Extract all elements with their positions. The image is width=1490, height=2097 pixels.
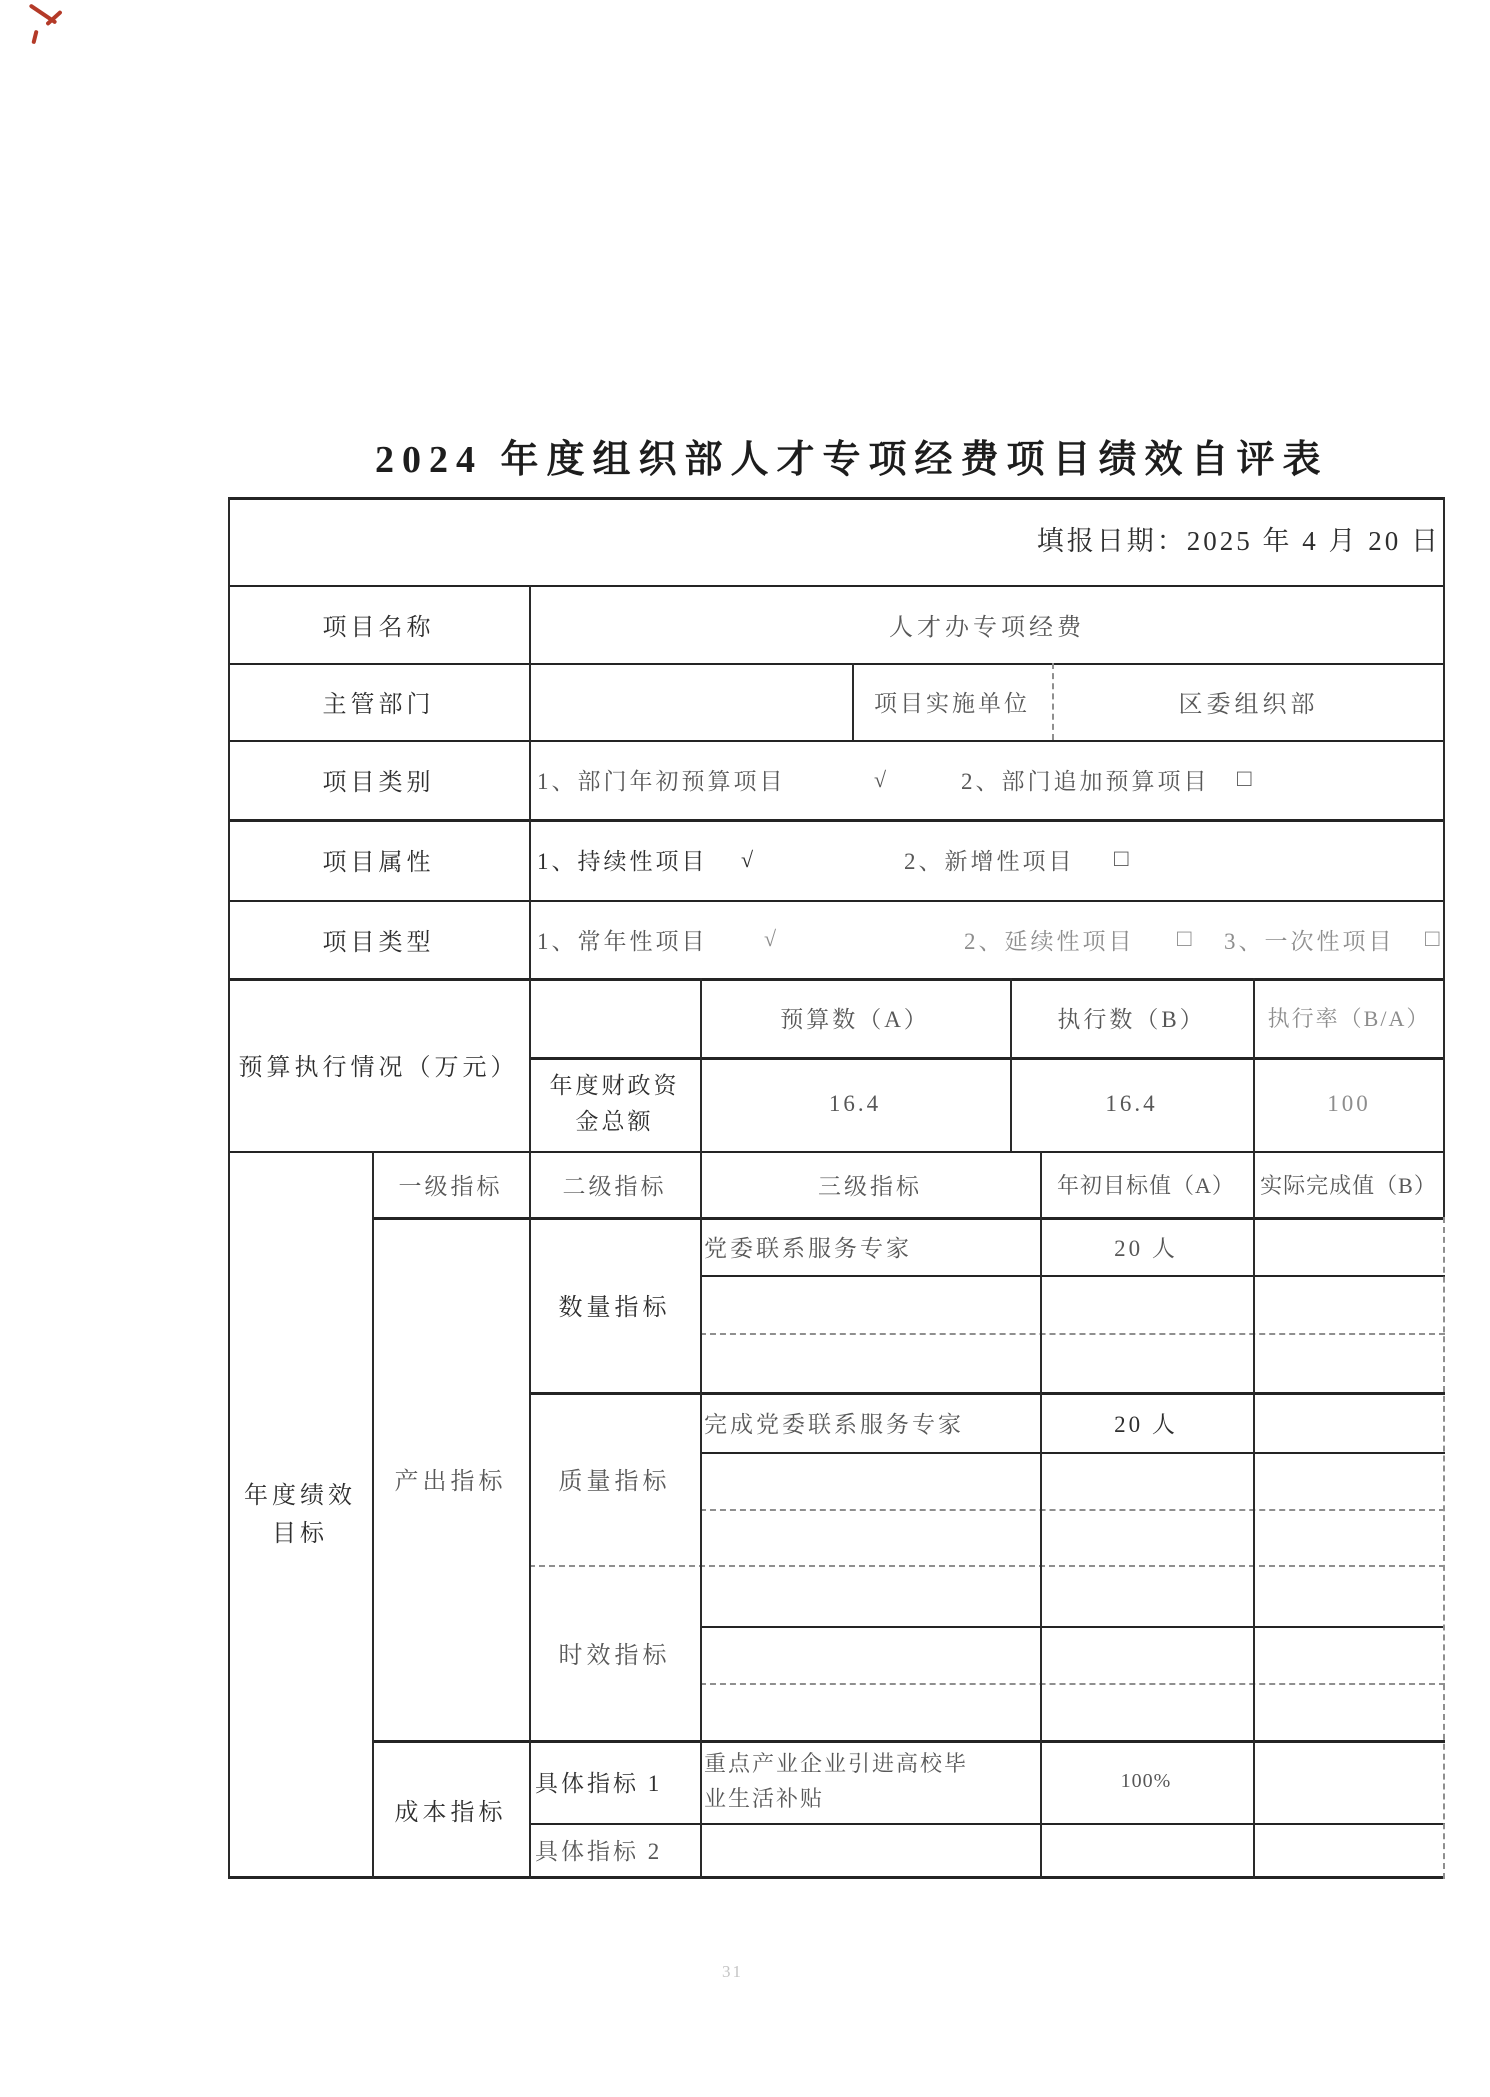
- page-number: 31: [722, 1962, 743, 1982]
- cost-row-target: 100%: [1040, 1740, 1252, 1823]
- annual-fund-total-label: 年度财政资金总额: [529, 1057, 700, 1151]
- impl-unit-label: 项目实施单位: [852, 663, 1052, 740]
- level2-quality-indicator: 质量指标: [529, 1392, 700, 1565]
- attribute-option-1: 1、持续性项目: [537, 819, 708, 900]
- type-option-2: 2、延续性项目: [964, 900, 1135, 978]
- project-attribute-label: 项目属性: [228, 819, 529, 900]
- category-option-1: 1、部门年初预算项目: [537, 740, 786, 819]
- level1-output-indicator: 产出指标: [372, 1217, 529, 1740]
- grid-line: [700, 1452, 1445, 1454]
- annual-fund-total-text: 年度财政资金总额: [549, 1068, 681, 1139]
- level2-time-indicator: 时效指标: [529, 1565, 700, 1740]
- attribute-option-1-checkmark: √: [741, 819, 753, 900]
- cost-row-indicator: 重点产业企业引进高校毕业生活补贴: [700, 1740, 1040, 1823]
- category-option-1-checkmark: √: [874, 740, 886, 819]
- budget-col-rate-header: 执行率（B/A）: [1253, 978, 1445, 1057]
- grid-line: [700, 1509, 1445, 1511]
- budget-section-label: 预算执行情况（万元）: [228, 978, 529, 1151]
- header-target-value: 年初目标值（A）: [1040, 1151, 1252, 1217]
- grid-line: [700, 1626, 1445, 1628]
- type-option-2-checkbox: □: [1177, 900, 1192, 978]
- type-option-1-checkmark: √: [764, 900, 776, 978]
- budget-value-rate: 100: [1253, 1057, 1445, 1151]
- self-eval-table: 填报日期：2025 年 4 月 20 日 项目名称 人才办专项经费 主管部门 项…: [228, 497, 1445, 1879]
- performance-section-label: 年度绩效目标: [228, 1151, 372, 1879]
- fill-date: 填报日期：2025 年 4 月 20 日: [228, 497, 1441, 585]
- quality-row-target: 20 人: [1040, 1392, 1252, 1452]
- quantity-row-target: 20 人: [1040, 1217, 1252, 1275]
- project-type-label: 项目类型: [228, 900, 529, 978]
- red-ink-mark: [31, 30, 38, 45]
- cost-row-indicator-text: 重点产业企业引进高校毕业生活补贴: [704, 1747, 986, 1815]
- project-type-options: 1、常年性项目 √ 2、延续性项目 □ 3、一次性项目 □: [529, 900, 1445, 978]
- level2-quantity-indicator: 数量指标: [529, 1217, 700, 1392]
- level2-specific1-indicator: 具体指标 1: [529, 1740, 700, 1823]
- grid-line: [700, 1333, 1445, 1335]
- attribute-option-2-checkbox: □: [1114, 819, 1129, 900]
- quality-row-indicator: 完成党委联系服务专家: [700, 1392, 1040, 1452]
- dept-value: [529, 663, 852, 740]
- category-option-2: 2、部门追加预算项目: [961, 740, 1210, 819]
- project-name-value: 人才办专项经费: [529, 585, 1445, 663]
- level1-cost-indicator: 成本指标: [372, 1740, 529, 1879]
- header-level3: 三级指标: [700, 1151, 1040, 1217]
- quantity-row-indicator: 党委联系服务专家: [700, 1217, 1040, 1275]
- budget-value-a: 16.4: [700, 1057, 1010, 1151]
- budget-col-b-header: 执行数（B）: [1010, 978, 1253, 1057]
- header-level1: 一级指标: [372, 1151, 529, 1217]
- budget-col-a-header: 预算数（A）: [700, 978, 1010, 1057]
- grid-line: [700, 1275, 1445, 1277]
- level2-specific2-indicator: 具体指标 2: [529, 1823, 700, 1876]
- type-option-1: 1、常年性项目: [537, 900, 708, 978]
- quantity-row-actual: [1252, 1217, 1445, 1275]
- project-attribute-options: 1、持续性项目 √ 2、新增性项目 □: [529, 819, 1445, 900]
- impl-unit-value: 区委组织部: [1052, 663, 1445, 740]
- dept-label: 主管部门: [228, 663, 529, 740]
- header-level2: 二级指标: [529, 1151, 700, 1217]
- category-option-2-checkbox: □: [1237, 740, 1252, 819]
- performance-section-text: 年度绩效目标: [237, 1477, 363, 1554]
- scanned-form-page: 2024 年度组织部人才专项经费项目绩效自评表: [0, 0, 1490, 2097]
- project-category-label: 项目类别: [228, 740, 529, 819]
- header-actual-value: 实际完成值（B）: [1252, 1151, 1445, 1217]
- type-option-3-checkbox: □: [1425, 900, 1440, 978]
- quality-row-actual: [1252, 1392, 1445, 1452]
- grid-line: [700, 1683, 1445, 1685]
- page-title: 2024 年度组织部人才专项经费项目绩效自评表: [375, 428, 1300, 483]
- project-name-label: 项目名称: [228, 585, 529, 663]
- project-category-options: 1、部门年初预算项目 √ 2、部门追加预算项目 □: [529, 740, 1445, 819]
- cost-row-actual: [1252, 1740, 1445, 1823]
- type-option-3: 3、一次性项目: [1224, 900, 1395, 978]
- budget-value-b: 16.4: [1010, 1057, 1253, 1151]
- attribute-option-2: 2、新增性项目: [904, 819, 1075, 900]
